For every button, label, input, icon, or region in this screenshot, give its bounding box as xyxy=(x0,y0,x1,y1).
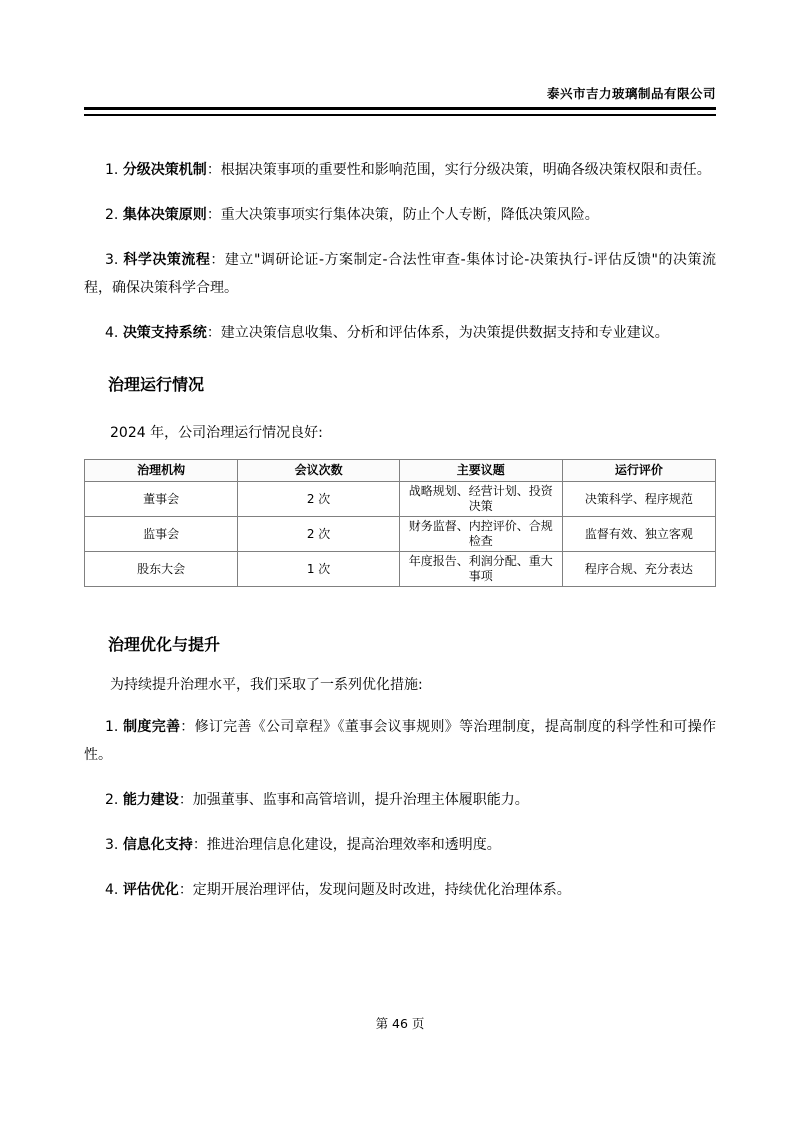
table-row: 监事会 2 次 财务监督、内控评价、合规检查 监督有效、独立客观 xyxy=(85,517,716,552)
item-term: 决策支持系统 xyxy=(123,325,207,341)
item-text: ：根据决策事项的重要性和影响范围，实行分级决策，明确各级决策权限和责任。 xyxy=(207,162,711,178)
decision-item: 2. 集体决策原则：重大决策事项实行集体决策，防止个人专断，降低决策风险。 xyxy=(84,201,716,229)
header-divider xyxy=(84,107,716,116)
table-row: 董事会 2 次 战略规划、经营计划、投资决策 决策科学、程序规范 xyxy=(85,482,716,517)
cell-topics: 年度报告、利润分配、重大事项 xyxy=(399,552,562,587)
item-number: 2. xyxy=(105,792,118,808)
company-name: 泰兴市吉力玻璃制品有限公司 xyxy=(84,86,716,102)
item-text: ：加强董事、监事和高管培训，提升治理主体履职能力。 xyxy=(179,792,529,808)
page-header: 泰兴市吉力玻璃制品有限公司 xyxy=(84,0,716,116)
optimization-intro: 为持续提升治理水平，我们采取了一系列优化措施: xyxy=(84,671,716,699)
cell-topics: 战略规划、经营计划、投资决策 xyxy=(399,482,562,517)
optimization-item: 1. 制度完善：修订完善《公司章程》《董事会议事规则》等治理制度，提高制度的科学… xyxy=(84,713,716,769)
optimization-item: 2. 能力建设：加强董事、监事和高管培训，提升治理主体履职能力。 xyxy=(84,786,716,814)
item-number: 1. xyxy=(105,162,118,178)
col-header-organ: 治理机构 xyxy=(85,460,238,482)
cell-evaluation: 决策科学、程序规范 xyxy=(562,482,715,517)
item-number: 4. xyxy=(105,882,118,898)
item-number: 2. xyxy=(105,207,118,223)
cell-meetings: 2 次 xyxy=(238,517,400,552)
col-header-evaluation: 运行评价 xyxy=(562,460,715,482)
cell-meetings: 2 次 xyxy=(238,482,400,517)
operation-intro: 2024 年，公司治理运行情况良好: xyxy=(84,419,716,447)
section-heading-operation: 治理运行情况 xyxy=(108,373,716,397)
item-number: 3. xyxy=(105,837,118,853)
item-text: ：定期开展治理评估，发现问题及时改进，持续优化治理体系。 xyxy=(179,882,571,898)
item-term: 信息化支持 xyxy=(123,837,193,853)
cell-meetings: 1 次 xyxy=(238,552,400,587)
item-term: 能力建设 xyxy=(123,792,179,808)
governance-table: 治理机构 会议次数 主要议题 运行评价 董事会 2 次 战略规划、经营计划、投资… xyxy=(84,459,716,587)
item-number: 1. xyxy=(105,719,118,735)
cell-evaluation: 程序合规、充分表达 xyxy=(562,552,715,587)
page-number: 第 46 页 xyxy=(0,1016,800,1032)
optimization-item: 3. 信息化支持：推进治理信息化建设，提高治理效率和透明度。 xyxy=(84,831,716,859)
section-heading-optimization: 治理优化与提升 xyxy=(108,633,716,657)
item-term: 评估优化 xyxy=(123,882,179,898)
item-term: 分级决策机制 xyxy=(123,162,207,178)
table-header-row: 治理机构 会议次数 主要议题 运行评价 xyxy=(85,460,716,482)
item-term: 集体决策原则 xyxy=(123,207,207,223)
item-number: 3. xyxy=(105,252,118,268)
item-text: ：建立决策信息收集、分析和评估体系，为决策提供数据支持和专业建议。 xyxy=(207,325,669,341)
table-row: 股东大会 1 次 年度报告、利润分配、重大事项 程序合规、充分表达 xyxy=(85,552,716,587)
decision-item: 1. 分级决策机制：根据决策事项的重要性和影响范围，实行分级决策，明确各级决策权… xyxy=(84,156,716,184)
optimization-item: 4. 评估优化：定期开展治理评估，发现问题及时改进，持续优化治理体系。 xyxy=(84,876,716,904)
document-page: 泰兴市吉力玻璃制品有限公司 1. 分级决策机制：根据决策事项的重要性和影响范围，… xyxy=(0,0,800,1131)
cell-topics: 财务监督、内控评价、合规检查 xyxy=(399,517,562,552)
decision-item: 3. 科学决策流程：建立"调研论证-方案制定-合法性审查-集体讨论-决策执行-评… xyxy=(84,246,716,302)
item-number: 4. xyxy=(105,325,118,341)
cell-evaluation: 监督有效、独立客观 xyxy=(562,517,715,552)
col-header-topics: 主要议题 xyxy=(399,460,562,482)
cell-organ: 董事会 xyxy=(85,482,238,517)
cell-organ: 股东大会 xyxy=(85,552,238,587)
item-term: 制度完善 xyxy=(123,719,180,735)
item-text: ：推进治理信息化建设，提高治理效率和透明度。 xyxy=(193,837,501,853)
item-text: ：重大决策事项实行集体决策，防止个人专断，降低决策风险。 xyxy=(207,207,599,223)
item-term: 科学决策流程 xyxy=(123,252,210,268)
decision-item: 4. 决策支持系统：建立决策信息收集、分析和评估体系，为决策提供数据支持和专业建… xyxy=(84,319,716,347)
cell-organ: 监事会 xyxy=(85,517,238,552)
col-header-meetings: 会议次数 xyxy=(238,460,400,482)
